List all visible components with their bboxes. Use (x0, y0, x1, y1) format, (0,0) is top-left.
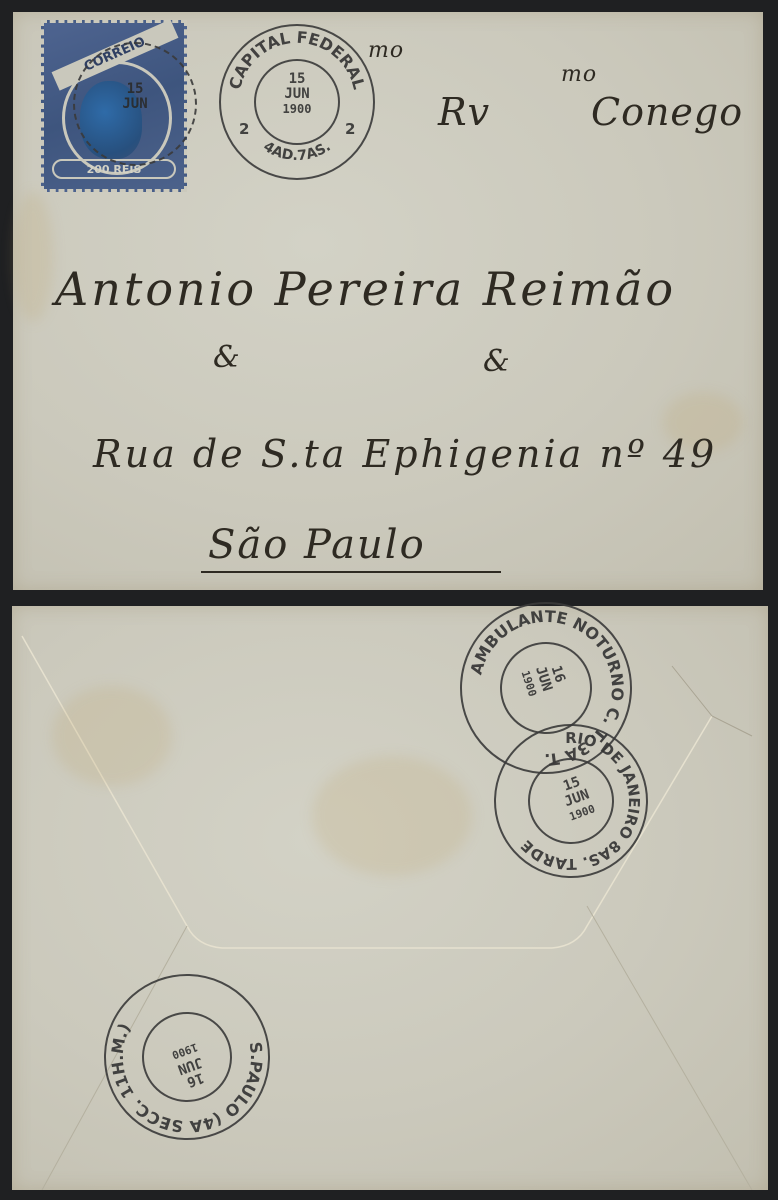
stain (13, 192, 53, 322)
stain (52, 686, 172, 786)
stamp-cancel-postmark: 15JUN (73, 42, 197, 166)
svg-text:2: 2 (239, 120, 249, 138)
capital-federal-postmark: CAPITAL FEDERAL 4AD.7AS. 2 2 15 JUN 1900 (219, 24, 375, 180)
envelope-back: AMBULANTE NOTURNO C. T. 3A T. 16 JUN 190… (12, 606, 768, 1190)
title-word: Conego (591, 90, 743, 134)
stain (312, 756, 472, 876)
svg-text:2: 2 (345, 120, 355, 138)
ampersand-mark-2: & (483, 344, 511, 379)
street-address: Rua de S.ta Ephigenia nº 49 (93, 432, 717, 476)
cancel-date: 15JUN (75, 82, 195, 112)
title-superscript-2: mo (561, 62, 597, 87)
addressee-name: Antonio Pereira Reimão (55, 262, 676, 316)
city: São Paulo (208, 522, 426, 568)
city-underline (201, 571, 501, 573)
title-superscript-1: mo (368, 38, 404, 63)
svg-text:4AD.7AS.: 4AD.7AS. (260, 139, 333, 165)
postmark-date: 15 JUN 1900 (221, 72, 373, 117)
envelope-front: CORREIO 200 REIS 15JUN CAPITAL FEDERAL 4… (13, 12, 763, 590)
ampersand-mark-1: & (213, 340, 241, 375)
title-abbrev: Rv (438, 90, 490, 134)
